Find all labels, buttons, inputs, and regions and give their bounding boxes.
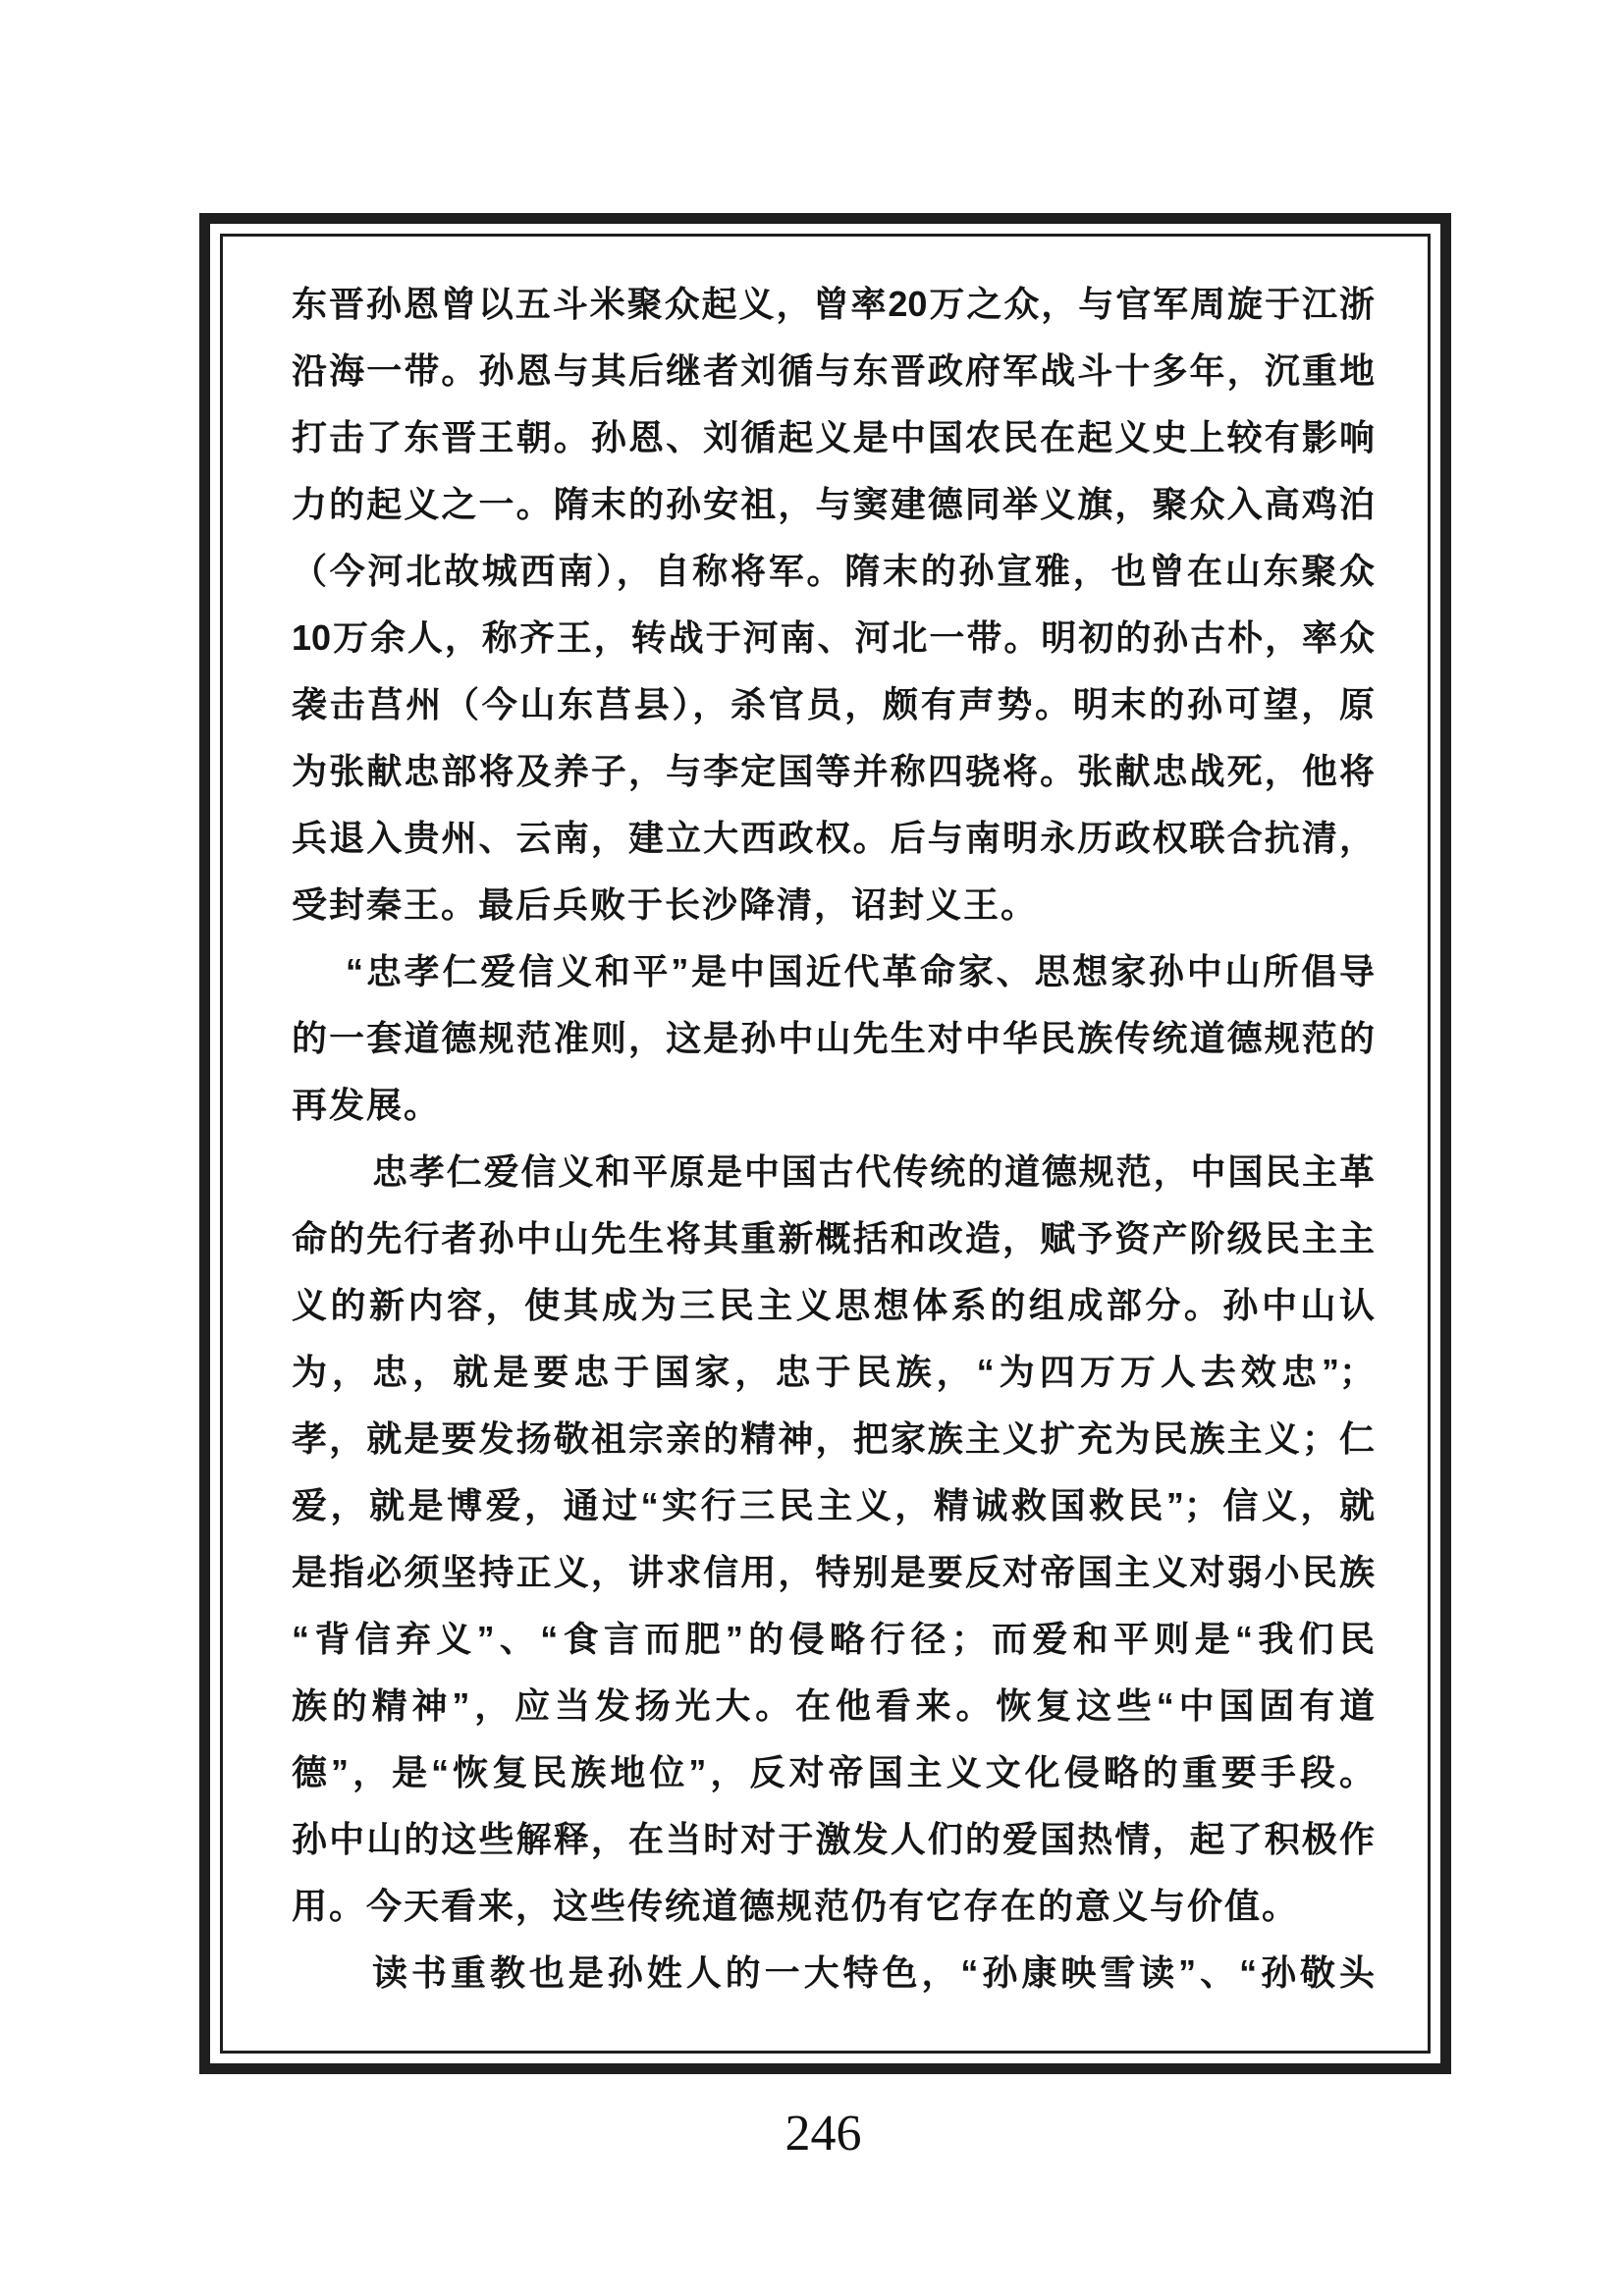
page-body-text: 东晋孙恩曾以五斗米聚众起义，曾率20万之众，与官军周旋于江浙沿海一带。孙恩与其后…	[223, 237, 1428, 2051]
text-line: “忠孝仁爱信义和平”是中国近代革命家、思想家孙中山所倡导	[292, 938, 1375, 1005]
text-line: 孙中山的这些解释，在当时对于激发人们的爱国热情，起了积极作	[292, 1806, 1375, 1873]
text-line: 族的精神”，应当发扬光大。在他看来。恢复这些“中国固有道	[292, 1673, 1375, 1739]
text-line: 命的先行者孙中山先生将其重新概括和改造，赋予资产阶级民主主	[292, 1205, 1375, 1272]
text-line: 的一套道德规范准则，这是孙中山先生对中华民族传统道德规范的	[292, 1005, 1375, 1072]
text-line: 爱，就是博爱，通过“实行三民主义，精诚救国救民”；信义，就	[292, 1472, 1375, 1539]
paragraph: 东晋孙恩曾以五斗米聚众起义，曾率20万之众，与官军周旋于江浙沿海一带。孙恩与其后…	[292, 271, 1375, 938]
text-line: 10万余人，称齐王，转战于河南、河北一带。明初的孙古朴，率众	[292, 605, 1375, 671]
text-line: 孝，就是要发扬敬祖宗亲的精神，把家族主义扩充为民族主义；仁	[292, 1406, 1375, 1472]
text-line: 读书重教也是孙姓人的一大特色，“孙康映雪读”、“孙敬头	[292, 1940, 1375, 2006]
text-line: 再发展。	[292, 1072, 1375, 1139]
paragraph: 读书重教也是孙姓人的一大特色，“孙康映雪读”、“孙敬头	[292, 1940, 1375, 2006]
text-line: 德”，是“恢复民族地位”，反对帝国主义文化侵略的重要手段。	[292, 1739, 1375, 1806]
page-border-outer: 东晋孙恩曾以五斗米聚众起义，曾率20万之众，与官军周旋于江浙沿海一带。孙恩与其后…	[199, 213, 1451, 2074]
text-line: “背信弃义”、“食言而肥”的侵略行径；而爱和平则是“我们民	[292, 1606, 1375, 1673]
text-line: 东晋孙恩曾以五斗米聚众起义，曾率20万之众，与官军周旋于江浙	[292, 271, 1375, 338]
text-line: 义的新内容，使其成为三民主义思想体系的组成部分。孙中山认	[292, 1272, 1375, 1339]
paragraph: “忠孝仁爱信义和平”是中国近代革命家、思想家孙中山所倡导的一套道德规范准则，这是…	[292, 938, 1375, 1139]
book-page: 东晋孙恩曾以五斗米聚众起义，曾率20万之众，与官军周旋于江浙沿海一带。孙恩与其后…	[0, 0, 1623, 2296]
paragraph: 忠孝仁爱信义和平原是中国古代传统的道德规范，中国民主革命的先行者孙中山先生将其重…	[292, 1139, 1375, 1940]
text-line: （今河北故城西南），自称将军。隋末的孙宣雅，也曾在山东聚众	[292, 538, 1375, 605]
text-line: 受封秦王。最后兵败于长沙降清，诏封义王。	[292, 872, 1375, 938]
text-line: 用。今天看来，这些传统道德规范仍有它存在的意义与价值。	[292, 1873, 1375, 1940]
text-line: 是指必须坚持正义，讲求信用，特别是要反对帝国主义对弱小民族	[292, 1539, 1375, 1606]
text-line: 为，忠，就是要忠于国家，忠于民族，“为四万万人去效忠”；	[292, 1339, 1375, 1406]
text-line: 力的起义之一。隋末的孙安祖，与窦建德同举义旗，聚众入高鸡泊	[292, 471, 1375, 538]
text-line: 兵退入贵州、云南，建立大西政权。后与南明永历政权联合抗清，	[292, 805, 1375, 872]
text-line: 沿海一带。孙恩与其后继者刘循与东晋政府军战斗十多年，沉重地	[292, 338, 1375, 404]
text-line: 忠孝仁爱信义和平原是中国古代传统的道德规范，中国民主革	[292, 1139, 1375, 1205]
text-line: 打击了东晋王朝。孙恩、刘循起义是中国农民在起义史上较有影响	[292, 404, 1375, 471]
text-line: 为张献忠部将及养子，与李定国等并称四骁将。张献忠战死，他将	[292, 738, 1375, 805]
text-line: 袭击莒州（今山东莒县），杀官员，颇有声势。明末的孙可望，原	[292, 671, 1375, 738]
page-border-inner: 东晋孙恩曾以五斗米聚众起义，曾率20万之众，与官军周旋于江浙沿海一带。孙恩与其后…	[220, 234, 1431, 2054]
page-number: 246	[24, 2107, 1623, 2162]
